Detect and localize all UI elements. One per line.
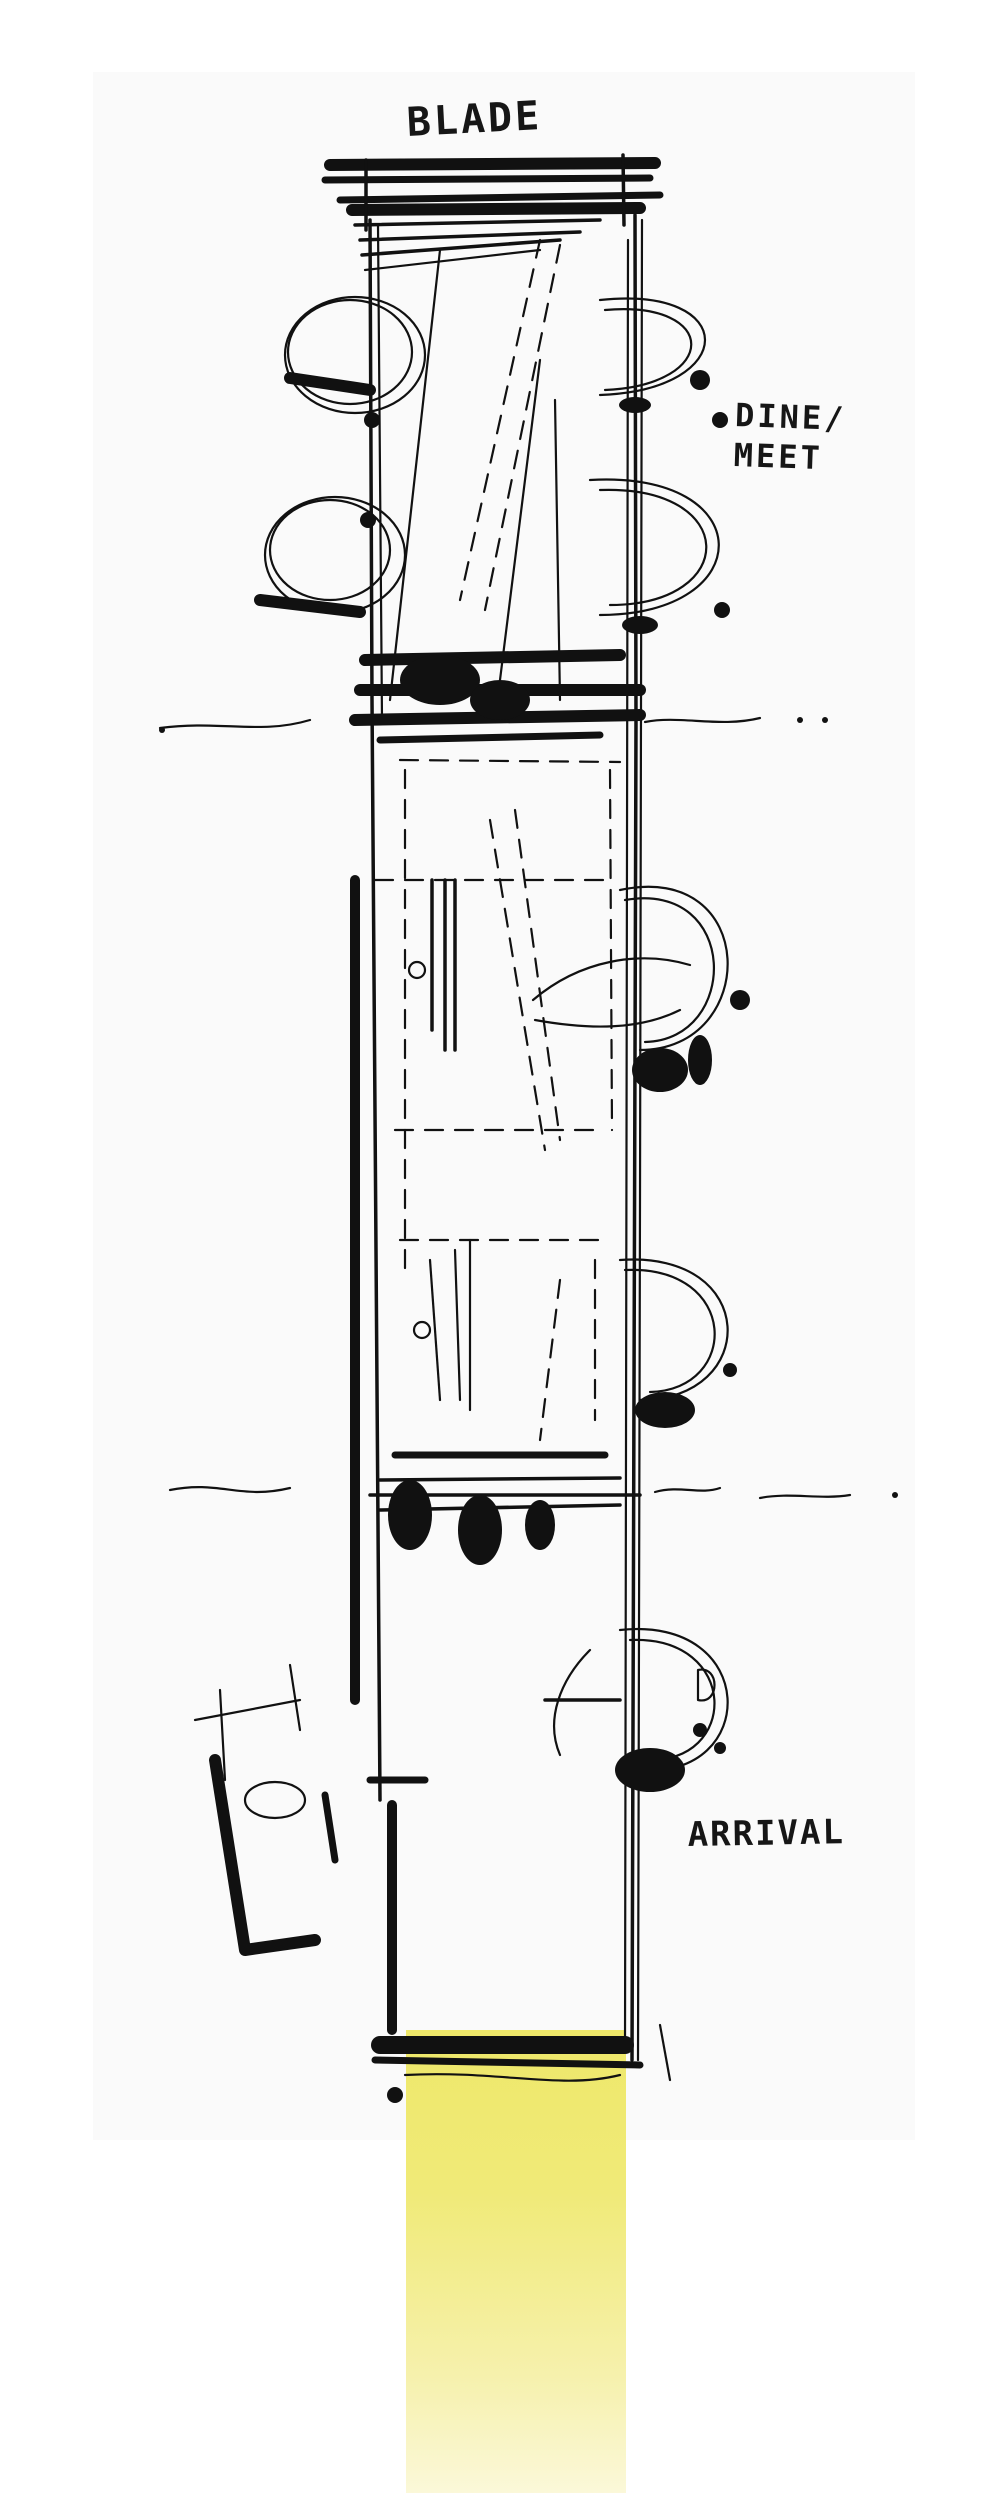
upper-threshold: [159, 655, 828, 740]
label-dine-line2: MEET: [733, 435, 846, 479]
label-dine-line1: DINE/: [734, 395, 847, 439]
label-arrival: ARRIVAL: [687, 1812, 845, 1855]
dine-left-tables: [260, 297, 425, 613]
architectural-sketch: [0, 0, 1000, 2493]
blade-diagonals: [390, 240, 560, 700]
blade-wall: [325, 155, 660, 270]
arrival-table: [545, 1629, 728, 1792]
label-dine-meet: DINE/ MEET: [733, 395, 847, 479]
label-blade: BLADE: [406, 93, 544, 146]
dine-right-tables: [590, 299, 730, 634]
left-dropoff: [195, 1665, 425, 2030]
entry-bar: [375, 2025, 670, 2103]
lower-threshold: [170, 1455, 898, 1565]
